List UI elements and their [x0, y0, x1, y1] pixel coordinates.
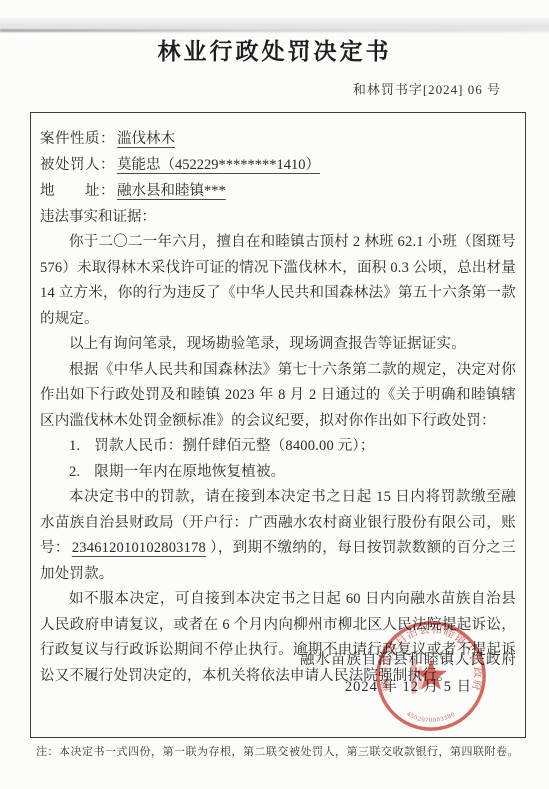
field-label: 地 址：	[40, 183, 115, 199]
paragraph-facts: 你于二〇二一年六月，擅自在和睦镇古顶村 2 林班 62.1 小班（图斑号 576…	[40, 230, 516, 332]
field-address: 地 址：融水县和睦镇***	[40, 178, 516, 204]
paragraph-evidence: 以上有询问笔录，现场勘验笔录，现场调查报告等证据证实。	[40, 332, 516, 358]
field-case-nature: 案件性质：滥伐林木	[40, 126, 516, 152]
content-box: 案件性质：滥伐林木 被处罚人：莫能忠（452229********1410） 地…	[30, 112, 526, 738]
field-value: 滥伐林木	[115, 131, 185, 147]
paragraph-payment: 本决定书中的罚款，请在接到本决定书之日起 15 日内将罚款缴至融水苗族自治县财政…	[40, 485, 516, 587]
penalty-item-number: 2.	[69, 464, 80, 480]
footer-note: 注：本决定书一式四份，第一联为存根，第二联交被处罚人，第三联交收款银行，第四联附…	[36, 743, 519, 759]
paragraph-legal-basis: 根据《中华人民共和国森林法》第七十六条第二款的规定，决定对你作出如下行政处罚及和…	[40, 358, 516, 435]
scan-artifact-line	[0, 29, 549, 32]
signature-authority: 融水苗族自治县和睦镇人民政府	[300, 647, 517, 674]
penalty-item-number: 1.	[69, 438, 80, 454]
penalty-item-text: 罚款人民币：捌仟肆佰元整（8400.00 元）；	[94, 438, 374, 454]
penalty-item-1: 1.罚款人民币：捌仟肆佰元整（8400.00 元）；	[40, 434, 516, 460]
svg-text:4502070003380: 4502070003380	[405, 711, 456, 724]
signature-block: 融水苗族自治县和睦镇人民政府 2024 年 12 月 5 日	[300, 647, 517, 701]
scan-artifact-band	[0, 18, 549, 34]
signature-date: 2024 年 12 月 5 日	[300, 674, 517, 701]
field-value: 融水县和睦镇***	[115, 183, 236, 199]
penalty-item-2: 2.限期一年内在原地恢复植被。	[40, 460, 516, 486]
penalty-decision-document: 林业行政处罚决定书 和林罚书字[2024] 06 号 案件性质：滥伐林木 被处罚…	[0, 0, 549, 789]
field-value: 莫能忠（452229********1410）	[115, 157, 330, 173]
field-penalized-person: 被处罚人：莫能忠（452229********1410）	[40, 152, 516, 178]
seal-code: 4502070003380	[405, 711, 456, 724]
field-label: 被处罚人：	[40, 157, 115, 173]
page-title: 林业行政处罚决定书	[0, 33, 549, 66]
document-reference-number: 和林罚书字[2024] 06 号	[353, 79, 501, 98]
penalty-item-text: 限期一年内在原地恢复植被。	[94, 464, 285, 480]
field-label: 案件性质：	[40, 131, 115, 147]
facts-heading: 违法事实和证据：	[40, 204, 516, 230]
bank-account-number: 234612010102803178	[70, 540, 210, 556]
